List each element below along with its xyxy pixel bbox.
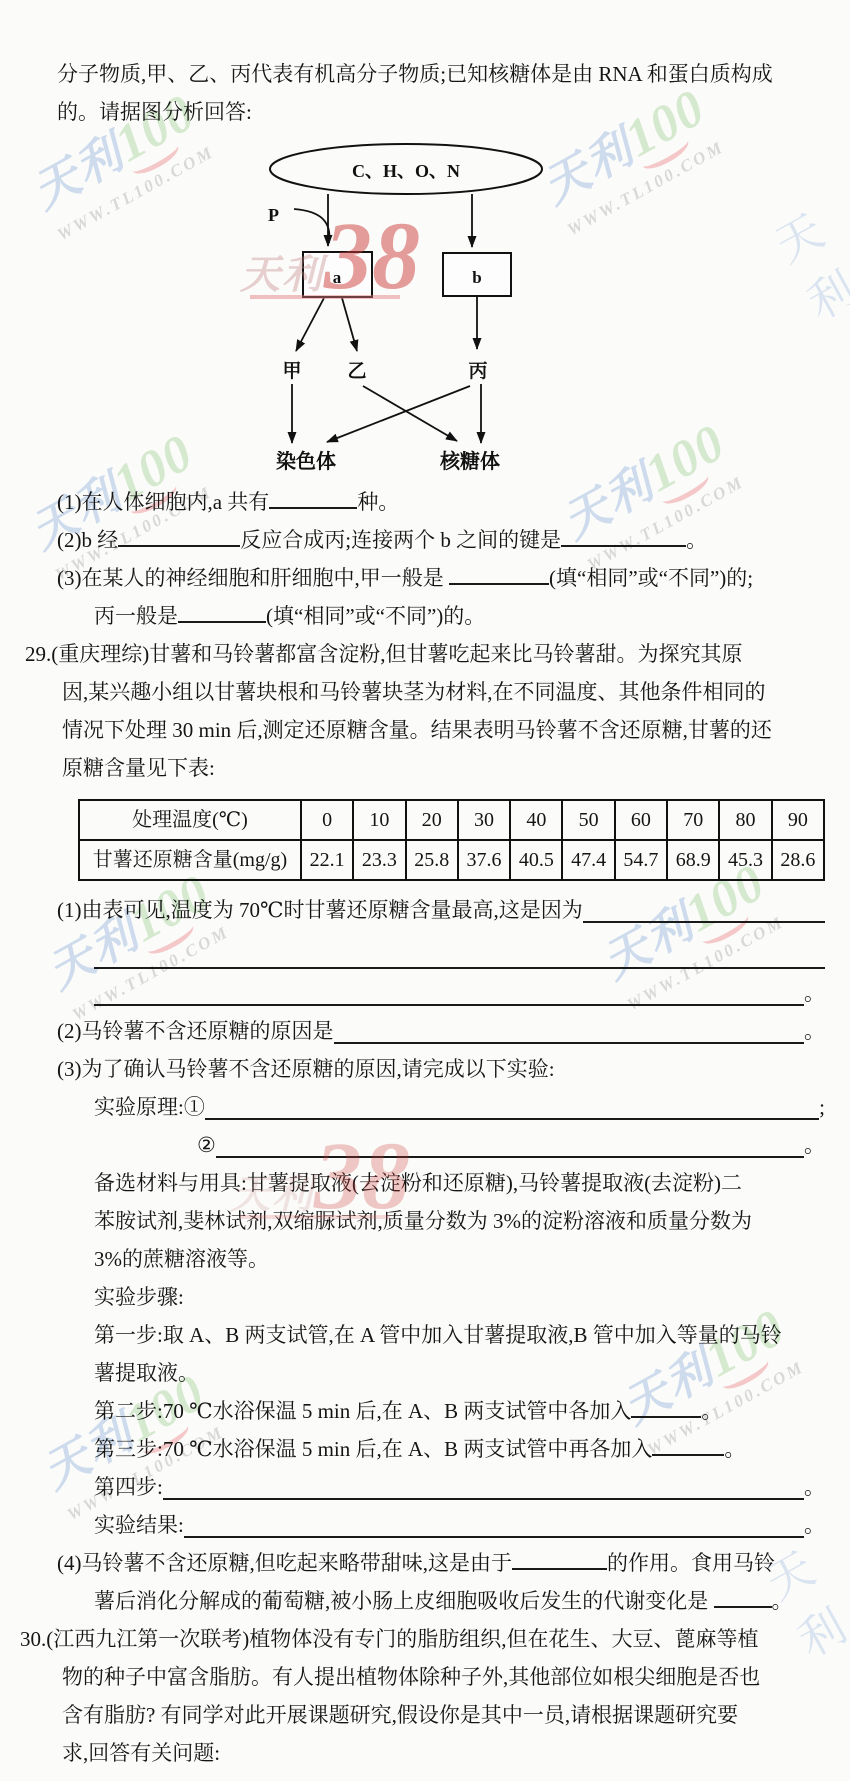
q29-stem-text-1: (重庆理综)甘薯和马铃薯都富含淀粉,但甘薯吃起来比马铃薯甜。为探究其原 (51, 642, 742, 666)
table-value-cell: 23.3 (353, 840, 405, 880)
table-temp-cell: 40 (510, 800, 562, 840)
q29-item-4b-text: 薯后消化分解成的葡萄糖,被小肠上皮细胞吸收后发生的代谢变化是 (94, 1589, 714, 1613)
q29-item-4-tail: 的作用。食用马铃 (607, 1551, 775, 1575)
q29-item-4-blank (512, 1544, 607, 1570)
q28-item-3-tail: (填“相同”或“不同”)的; (549, 566, 753, 590)
q30-line-2: 物的种子中富含脂肪。有人提出植物体除种子外,其他部位如根尖细胞是否也 (62, 1658, 825, 1696)
table-header-label: 处理温度(℃) (79, 800, 301, 840)
q29-step-3-blank (652, 1430, 724, 1456)
q28-item-1: (1)在人体细胞内,a 共有种。 (57, 483, 825, 521)
table-row-temps: 处理温度(℃) 0 10 20 30 40 50 60 70 80 90 (79, 800, 824, 840)
box-a-label: a (333, 268, 342, 287)
q29-result-label: 实验结果: (94, 1506, 184, 1544)
semicolon: ; (819, 1088, 825, 1126)
q28-item-3b: 丙一般是(填“相同”或“不同”)的。 (94, 597, 825, 635)
arrow-a-to-yi (342, 298, 357, 351)
yi-label: 乙 (347, 361, 366, 382)
q30-number: 30. (20, 1627, 46, 1651)
q29-result: 实验结果:。 (94, 1506, 825, 1544)
table-temp-cell: 20 (406, 800, 458, 840)
q29-step-4-label: 第四步: (94, 1468, 163, 1506)
table-row-values: 甘薯还原糖含量(mg/g) 22.1 23.3 25.8 37.6 40.5 4… (79, 840, 824, 880)
period: 。 (701, 1399, 722, 1423)
period: 。 (804, 1012, 825, 1050)
answer-line (94, 937, 825, 969)
q29-item-4-line-1: (4)马铃薯不含还原糖,但吃起来略带甜味,这是由于的作用。食用马铃 (57, 1544, 825, 1582)
period: 。 (724, 1437, 745, 1461)
q30-line-3: 含有脂肪? 有同学对此开展课题研究,假设你是其中一员,请根据课题研究要 (62, 1696, 825, 1734)
intro-line-1: 分子物质,甲、乙、丙代表有机高分子物质;已知核糖体是由 RNA 和蛋白质构成 (57, 55, 825, 93)
p-curve-arrow (294, 209, 329, 243)
q30-line-4: 求,回答有关问题: (62, 1734, 825, 1772)
q29-item-4-line-2: 薯后消化分解成的葡萄糖,被小肠上皮细胞吸收后发生的代谢变化是 。 (94, 1582, 825, 1620)
p-element-label: P (268, 205, 279, 225)
q28-item-1-text: (1)在人体细胞内,a 共有 (57, 490, 269, 514)
q28-item-1-blank (269, 483, 357, 509)
arrow-a-to-jia (296, 298, 324, 351)
q29-stem-line-4: 原糖含量见下表: (62, 749, 825, 787)
exam-page: 天利100 WWW.TL100.COM 天利100 WWW.TL100.COM … (0, 0, 850, 1781)
q28-item-2-text: (2)b 经 (57, 528, 118, 552)
table-value-cell: 45.3 (719, 840, 771, 880)
q29-materials-line-2: 苯胺试剂,斐林试剂,双缩脲试剂,质量分数为 3%的淀粉溶液和质量分数为 (94, 1202, 825, 1240)
table-value-cell: 22.1 (301, 840, 353, 880)
table-value-cell: 54.7 (615, 840, 667, 880)
q29-item-2-blank (334, 1012, 805, 1044)
q30-line-1: 30.(江西九江第一次联考)植物体没有专门的脂肪组织,但在花生、大豆、蓖麻等植 (20, 1620, 825, 1658)
chromosome-label: 染色体 (276, 449, 336, 473)
q29-item-1: (1)由表可见,温度为 70℃时甘薯还原糖含量最高,这是因为 (57, 891, 825, 929)
q29-item-2-text: (2)马铃薯不含还原糖的原因是 (57, 1012, 334, 1050)
table-value-cell: 47.4 (562, 840, 614, 880)
bing-label: 丙 (468, 360, 487, 382)
q29-step-2-blank (631, 1392, 701, 1418)
q29-step-2-text: 第二步:70 ℃水浴保温 5 min 后,在 A、B 两支试管中各加入 (94, 1399, 631, 1423)
principle-2-blank (216, 1126, 804, 1158)
q29-step-4: 第四步:。 (94, 1468, 825, 1506)
answer-line (94, 974, 804, 1006)
table-value-cell: 40.5 (510, 840, 562, 880)
reducing-sugar-table: 处理温度(℃) 0 10 20 30 40 50 60 70 80 90 甘薯还… (78, 799, 825, 881)
table-row-label: 甘薯还原糖含量(mg/g) (79, 840, 301, 880)
table-temp-cell: 80 (719, 800, 771, 840)
q29-item-1-blank-line-2: 。 (94, 974, 825, 1012)
period: 。 (772, 1589, 793, 1613)
box-b-label: b (472, 268, 481, 287)
table-value-cell: 28.6 (772, 840, 824, 880)
q29-item-1-blank-line-1 (94, 937, 825, 974)
table-value-cell: 25.8 (406, 840, 458, 880)
q28-item-2-text-2: 反应合成丙;连接两个 b 之间的键是 (240, 528, 561, 552)
q28-item-3-blank (449, 559, 549, 585)
q29-step-3-text: 第三步:70 ℃水浴保温 5 min 后,在 A、B 两支试管中再各加入 (94, 1437, 652, 1461)
q28-item-3b-text: 丙一般是 (94, 604, 178, 628)
principle-1-blank (205, 1088, 819, 1120)
q29-item-4-text: (4)马铃薯不含还原糖,但吃起来略带甜味,这是由于 (57, 1551, 512, 1575)
q29-stem-line-2: 因,某兴趣小组以甘薯块根和马铃薯块茎为材料,在不同温度、其他条件相同的 (62, 673, 825, 711)
q28-item-3: (3)在某人的神经细胞和肝细胞中,甲一般是 (填“相同”或“不同”)的; (57, 559, 825, 597)
q28-item-2: (2)b 经反应合成丙;连接两个 b 之间的键是。 (57, 521, 825, 559)
ribosome-label: 核糖体 (439, 449, 500, 473)
table-temp-cell: 70 (667, 800, 719, 840)
q29-step-1-line-1: 第一步:取 A、B 两支试管,在 A 管中加入甘薯提取液,B 管中加入等量的马铃 (94, 1316, 825, 1354)
principle-2-label: ② (197, 1126, 216, 1164)
table-temp-cell: 10 (353, 800, 405, 840)
jia-label: 甲 (282, 360, 301, 382)
q29-materials-line-1: 备选材料与用具:甘薯提取液(去淀粉和还原糖),马铃薯提取液(去淀粉)二 (94, 1164, 825, 1202)
q28-item-2-blank-1 (118, 521, 240, 547)
diagram-svg: C、H、O、N P a b 甲 乙 丙 染色体 (0, 131, 850, 483)
q29-stem-line-3: 情况下处理 30 min 后,测定还原糖含量。结果表明马铃薯不含还原糖,甘薯的还 (62, 711, 825, 749)
q29-number: 29. (25, 642, 51, 666)
exam-content: 分子物质,甲、乙、丙代表有机高分子物质;已知核糖体是由 RNA 和蛋白质构成 的… (0, 0, 850, 1772)
q29-item-1-text: (1)由表可见,温度为 70℃时甘薯还原糖含量最高,这是因为 (57, 891, 583, 929)
period: 。 (804, 1506, 825, 1544)
q29-step-2: 第二步:70 ℃水浴保温 5 min 后,在 A、B 两支试管中各加入。 (94, 1392, 825, 1430)
period: 。 (804, 1468, 825, 1506)
q28-item-1-tail: 种。 (357, 490, 399, 514)
table-temp-cell: 50 (562, 800, 614, 840)
q29-principle-1: 实验原理:①; (94, 1088, 825, 1126)
arrow-bing-to-chromosome (327, 386, 470, 442)
q28-item-2-tail: 。 (686, 528, 707, 552)
table-temp-cell: 90 (772, 800, 824, 840)
q28-item-3b-tail: (填“相同”或“不同”)的。 (266, 604, 485, 628)
q29-steps-label: 实验步骤: (94, 1278, 825, 1316)
q28-item-2-blank-2 (561, 521, 686, 547)
q29-result-blank (184, 1506, 804, 1538)
q29-item-4b-blank (714, 1582, 772, 1608)
arrow-yi-to-ribosome (363, 386, 457, 441)
period: 。 (804, 1126, 825, 1164)
table-value-cell: 68.9 (667, 840, 719, 880)
period: 。 (804, 974, 825, 1012)
q29-principle-2: ②。 (197, 1126, 825, 1164)
q29-step-3: 第三步:70 ℃水浴保温 5 min 后,在 A、B 两支试管中再各加入。 (94, 1430, 825, 1468)
q30-text-1: (江西九江第一次联考)植物体没有专门的脂肪组织,但在花生、大豆、蓖麻等植 (46, 1627, 758, 1651)
q29-item-2: (2)马铃薯不含还原糖的原因是。 (57, 1012, 825, 1050)
table-temp-cell: 60 (615, 800, 667, 840)
q28-item-3-text: (3)在某人的神经细胞和肝细胞中,甲一般是 (57, 566, 449, 590)
table-temp-cell: 0 (301, 800, 353, 840)
q29-stem-line-1: 29.(重庆理综)甘薯和马铃薯都富含淀粉,但甘薯吃起来比马铃薯甜。为探究其原 (25, 635, 825, 673)
q29-step-4-blank (163, 1468, 804, 1500)
table-value-cell: 37.6 (458, 840, 510, 880)
q28-item-3b-blank (178, 597, 266, 623)
q29-item-3: (3)为了确认马铃薯不含还原糖的原因,请完成以下实验: (57, 1050, 825, 1088)
principle-1-label: 实验原理:① (94, 1088, 205, 1126)
q29-item-1-blank (583, 891, 825, 923)
organic-molecule-diagram: C、H、O、N P a b 甲 乙 丙 染色体 (20, 131, 825, 483)
table-temp-cell: 30 (458, 800, 510, 840)
intro-line-2: 的。请据图分析回答: (57, 93, 825, 131)
q29-materials-line-3: 3%的蔗糖溶液等。 (94, 1240, 825, 1278)
q29-step-1-line-2: 薯提取液。 (94, 1354, 825, 1392)
elements-label: C、H、O、N (352, 161, 460, 181)
